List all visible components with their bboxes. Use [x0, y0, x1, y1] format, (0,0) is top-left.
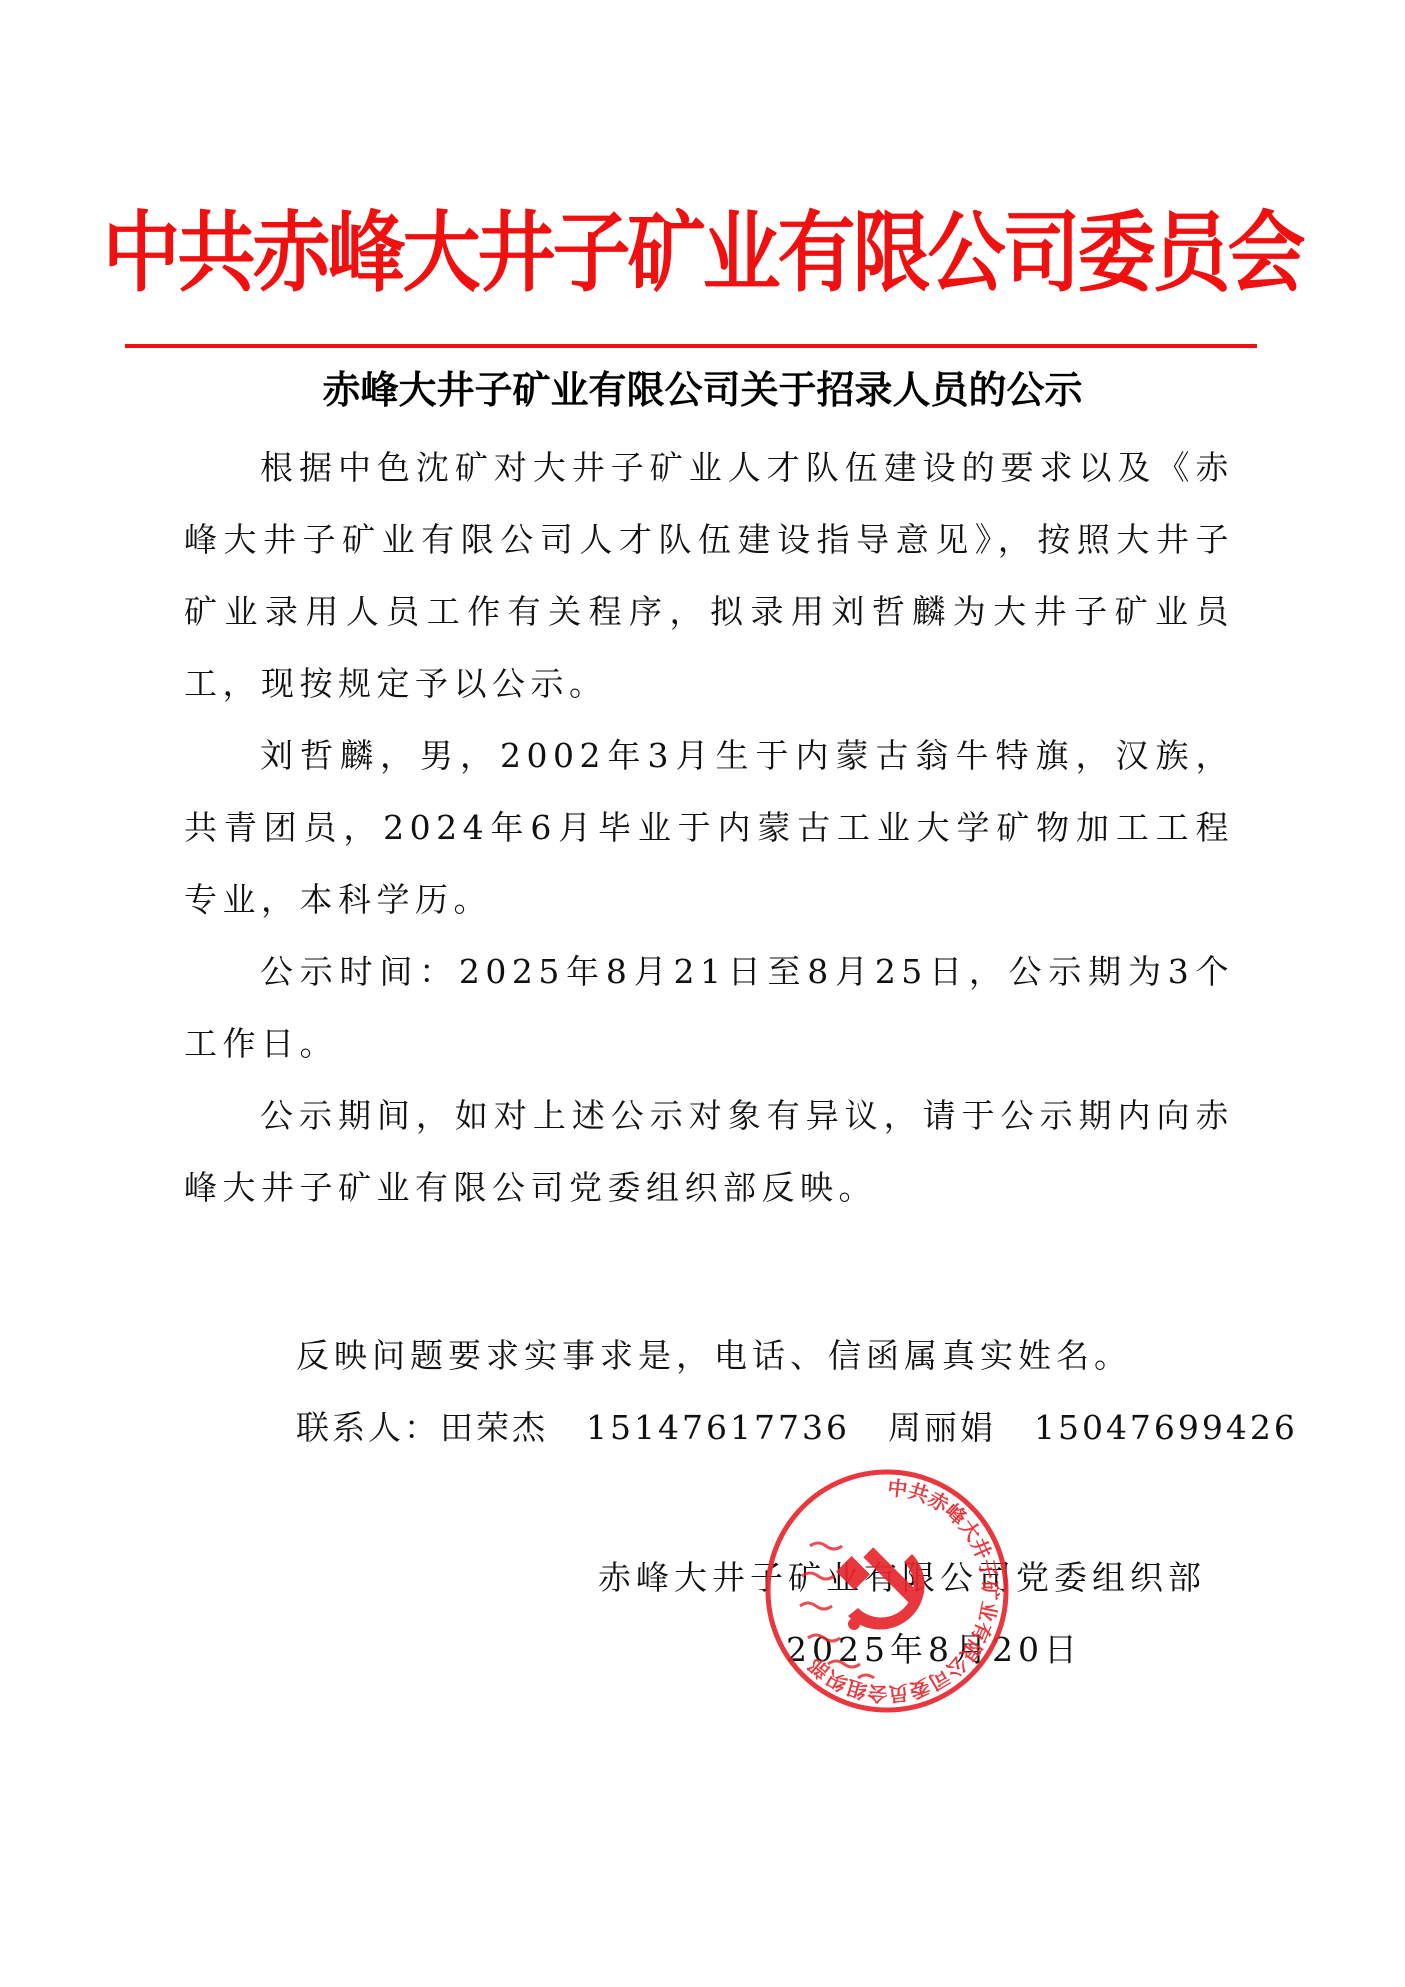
- contact-line: 联系人：田荣杰15147617736周丽娟15047699426: [296, 1392, 1298, 1464]
- paragraph-intro: 根据中色沈矿对大井子矿业人才队伍建设的要求以及《赤峰大井子矿业有限公司人才队伍建…: [184, 432, 1234, 720]
- paragraph-period: 公示时间：2025年8月21日至8月25日，公示期为3个工作日。: [184, 936, 1234, 1080]
- contact-phone-1: 15147617736: [586, 1392, 850, 1464]
- paragraph-objection: 公示期间，如对上述公示对象有异议，请于公示期内向赤峰大井子矿业有限公司党委组织部…: [184, 1080, 1234, 1224]
- contact-label: 联系人：: [296, 1392, 440, 1464]
- contact-phone-2: 15047699426: [1034, 1392, 1298, 1464]
- feedback-note: 反映问题要求实事求是，电话、信函属真实姓名。: [296, 1320, 1132, 1392]
- paragraph-candidate: 刘哲麟，男，2002年3月生于内蒙古翁牛特旗，汉族，共青团员，2024年6月毕业…: [184, 720, 1234, 936]
- red-divider: [125, 344, 1257, 348]
- document-page: 中共赤峰大井子矿业有限公司委员会 赤峰大井子矿业有限公司关于招录人员的公示 根据…: [0, 0, 1405, 1987]
- document-title: 赤峰大井子矿业有限公司关于招录人员的公示: [0, 360, 1405, 420]
- contact-name-1: 田荣杰: [440, 1392, 548, 1464]
- masthead-title: 中共赤峰大井子矿业有限公司委员会: [0, 198, 1405, 310]
- document-body: 根据中色沈矿对大井子矿业人才队伍建设的要求以及《赤峰大井子矿业有限公司人才队伍建…: [184, 432, 1234, 1224]
- official-seal-icon: 中共赤峰大井子矿业有限公司委员会组织部: [762, 1466, 1012, 1716]
- hammer-sickle-icon: [836, 1547, 925, 1630]
- contact-name-2: 周丽娟: [888, 1392, 996, 1464]
